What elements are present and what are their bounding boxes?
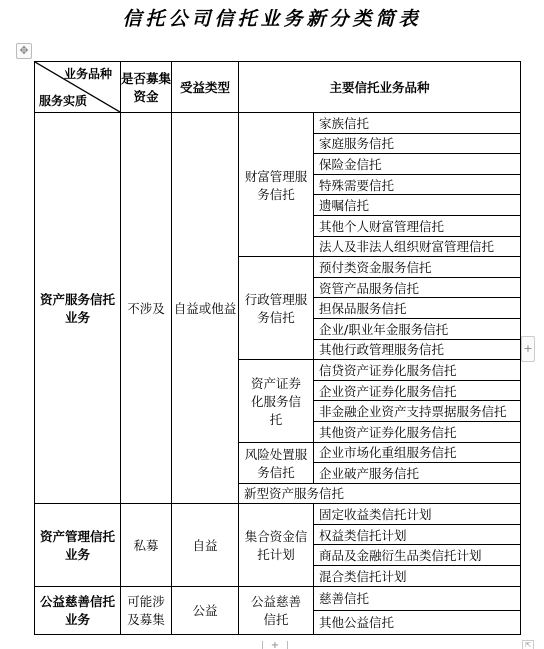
table-resize-handle-icon[interactable]: ⇱ (522, 640, 534, 649)
variety-item: 非金融企业资产支持票据服务信托 (314, 401, 521, 422)
variety-item: 预付类资金服务信托 (314, 257, 521, 278)
variety-item: 家庭服务信托 (314, 133, 521, 154)
header-main-varieties: 主要信托业务品种 (239, 62, 521, 113)
variety-item: 其他行政管理服务信托 (314, 339, 521, 360)
variety-item: 企业/职业年金服务信托 (314, 318, 521, 339)
variety-item: 固定收益类信托计划 (314, 504, 521, 525)
standalone-variety-item: 新型资产服务信托 (239, 483, 521, 504)
category-benefit-type: 自益 (172, 504, 239, 586)
variety-item: 权益类信托计划 (314, 524, 521, 545)
table-row: 资产服务信托业务 不涉及 自益或他益 财富管理服务信托 家族信托 (35, 113, 521, 134)
category-benefit-type: 自益或他益 (172, 113, 239, 504)
subgroup-name: 集合资金信托计划 (239, 504, 314, 586)
variety-item: 遗嘱信托 (314, 195, 521, 216)
variety-item: 企业破产服务信托 (314, 463, 521, 484)
table-row: 资产管理信托业务 私募 自益 集合资金信托计划 固定收益类信托计划 (35, 504, 521, 525)
variety-item: 担保品服务信托 (314, 298, 521, 319)
variety-item: 资管产品服务信托 (314, 277, 521, 298)
header-row: 业务品种 服务实质 是否募集资金 受益类型 主要信托业务品种 (35, 62, 521, 113)
variety-item: 其他公益信托 (314, 610, 521, 634)
header-benefit-type: 受益类型 (172, 62, 239, 113)
variety-item: 法人及非法人组织财富管理信托 (314, 236, 521, 257)
variety-item: 其他资产证券化服务信托 (314, 421, 521, 442)
subgroup-name: 资产证券化服务信托 (239, 360, 314, 442)
add-row-handle-icon[interactable]: + (262, 641, 288, 649)
category-name: 资产服务信托业务 (35, 113, 121, 504)
category-fundraising: 私募 (121, 504, 172, 586)
header-service-nature: 服务实质 (39, 92, 87, 109)
category-fundraising: 不涉及 (121, 113, 172, 504)
variety-item: 特殊需要信托 (314, 174, 521, 195)
category-name: 公益慈善信托业务 (35, 586, 121, 634)
variety-item: 企业资产证券化服务信托 (314, 380, 521, 401)
document-title: 信托公司信托业务新分类简表 (0, 4, 544, 31)
variety-item: 保险金信托 (314, 154, 521, 175)
category-benefit-type: 公益 (172, 586, 239, 634)
category-fundraising: 可能涉及募集 (121, 586, 172, 634)
variety-item: 家族信托 (314, 113, 521, 134)
variety-item: 企业市场化重组服务信托 (314, 442, 521, 463)
classification-table: 业务品种 服务实质 是否募集资金 受益类型 主要信托业务品种 资产服务信托业务 … (34, 61, 521, 635)
subgroup-name: 行政管理服务信托 (239, 257, 314, 360)
variety-item: 混合类信托计划 (314, 566, 521, 587)
table-row: 公益慈善信托业务 可能涉及募集 公益 公益慈善信托 慈善信托 (35, 586, 521, 610)
subgroup-name: 公益慈善信托 (239, 586, 314, 634)
subgroup-name: 风险处置服务信托 (239, 442, 314, 483)
variety-item: 其他个人财富管理信托 (314, 215, 521, 236)
category-name: 资产管理信托业务 (35, 504, 121, 586)
variety-item: 慈善信托 (314, 586, 521, 610)
table-move-handle-icon[interactable]: ✥ (16, 43, 32, 59)
header-business-variety: 业务品种 (64, 65, 112, 82)
diagonal-header-cell: 业务品种 服务实质 (35, 62, 121, 113)
variety-item: 信贷资产证券化服务信托 (314, 360, 521, 381)
add-column-handle-icon[interactable]: + (521, 336, 535, 362)
subgroup-name: 财富管理服务信托 (239, 113, 314, 257)
header-fundraising: 是否募集资金 (121, 62, 172, 113)
variety-item: 商品及金融衍生品类信托计划 (314, 545, 521, 566)
